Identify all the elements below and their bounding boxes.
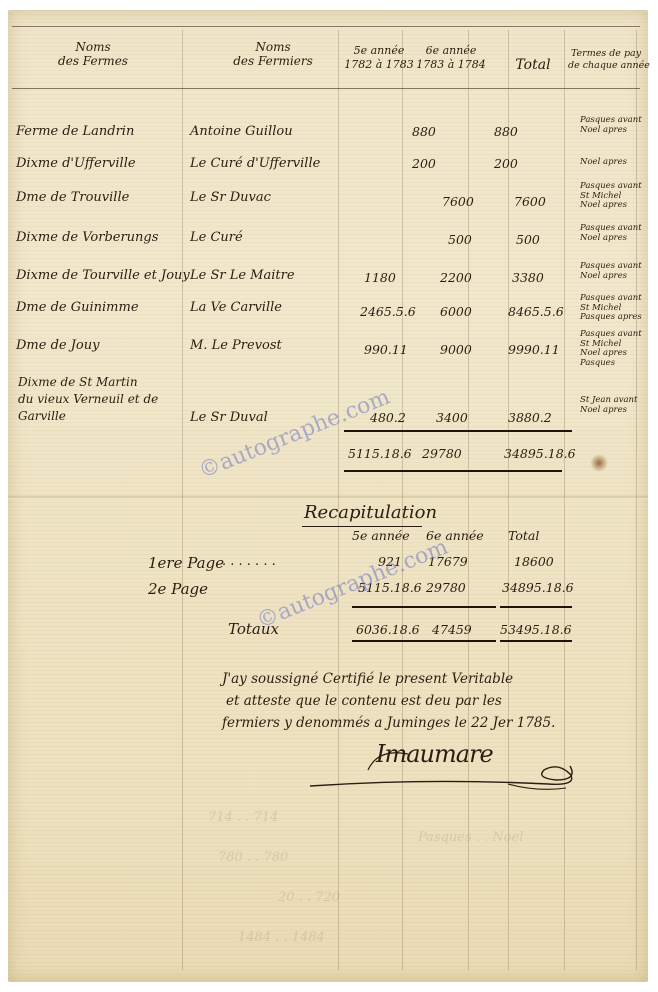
bleed-through-text: 780 . . 780 [218, 850, 288, 865]
certification-line: J'ay soussigné Certifié le present Verit… [222, 668, 555, 690]
row-total: 9990.11 [508, 342, 560, 357]
row-fermier: Le Sr Le Maitre [190, 268, 295, 283]
recap-totals-annee6: 47459 [432, 622, 472, 637]
recap-rule [500, 606, 572, 608]
header-fermes-line1: Noms [48, 40, 138, 54]
terme: Noel apres [580, 234, 642, 244]
header-annee6-line2: 1783 à 1784 [416, 58, 486, 72]
recap-totals-annee5: 6036.18.6 [356, 622, 420, 637]
column-divider [182, 30, 183, 970]
ink-stain [590, 454, 608, 472]
totals-annee5: 5115.18.6 [348, 446, 412, 461]
header-fermiers: Noms des Fermiers [218, 40, 328, 68]
row-annee5: 1180 [364, 270, 396, 285]
row-fermier: Le Sr Duvac [190, 190, 271, 205]
signature-flourish-icon [308, 740, 588, 800]
row-total: 7600 [514, 194, 546, 209]
manuscript-page: Noms des Fermes Noms des Fermiers 5e ann… [8, 10, 648, 982]
recap-row-total: 18600 [514, 554, 554, 569]
recap-header-total: Total [508, 528, 539, 543]
terme: Pasques [580, 359, 642, 369]
recap-rule [352, 606, 496, 608]
certification-line: et atteste que le contenu est deu par le… [222, 690, 555, 712]
row-annee6: 9000 [440, 342, 472, 357]
header-termes-line1: Termes de pay [568, 48, 644, 60]
row-total: 500 [516, 232, 540, 247]
row-total: 880 [494, 124, 518, 139]
terme: Noel apres [580, 126, 642, 136]
totals-total: 34895.18.6 [504, 446, 576, 461]
header-annee6: 6e année 1783 à 1784 [416, 44, 486, 72]
recap-row-label: 1ere Page [148, 554, 224, 572]
header-annee5-line2: 1782 à 1783 [344, 58, 414, 72]
row-termes: Pasques avant Noel apres [580, 116, 642, 135]
row-ferme: Dme de Trouville [16, 190, 129, 205]
column-divider [338, 30, 339, 970]
row-annee6: 880 [412, 124, 436, 139]
header-fermiers-line1: Noms [218, 40, 328, 54]
row-annee6: 200 [412, 156, 436, 171]
recap-bottom-rule [352, 640, 496, 642]
header-top-rule [12, 26, 640, 27]
recap-title: Recapitulation [304, 502, 437, 523]
column-divider [468, 30, 469, 970]
row-ferme-line: du vieux Verneuil et de [18, 391, 158, 408]
recap-row-dots: . . . . . . . [222, 554, 276, 569]
row-fermier: La Ve Carville [190, 300, 282, 315]
row-termes: Pasques avant St Michel Noel apres Pasqu… [580, 330, 642, 368]
header-fermes: Noms des Fermes [48, 40, 138, 68]
header-fermes-line2: des Fermes [48, 54, 138, 68]
header-termes-line2: de chaque année [568, 60, 644, 72]
row-total: 200 [494, 156, 518, 171]
row-ferme-line: Garville [18, 408, 158, 425]
row-ferme: Dixme de Tourville et Jouy [16, 268, 190, 283]
row-fermier: Le Curé [190, 230, 243, 245]
totals-bottom-rule [344, 470, 562, 472]
row-annee6: 2200 [440, 270, 472, 285]
column-divider [564, 30, 565, 970]
row-ferme: Dme de Jouy [16, 338, 99, 353]
recap-totals-total: 53495.18.6 [500, 622, 572, 637]
row-ferme: Ferme de Landrin [16, 124, 134, 139]
row-annee6: 3400 [436, 410, 468, 425]
row-termes: Pasques avant Noel apres [580, 262, 642, 281]
header-annee6-line1: 6e année [416, 44, 486, 58]
row-annee6: 7600 [442, 194, 474, 209]
terme: Noel apres [580, 201, 642, 211]
recap-row-label: 2e Page [148, 580, 208, 598]
row-ferme: Dixme d'Ufferville [16, 156, 136, 171]
terme: Noel apres [580, 272, 642, 282]
column-divider [402, 30, 403, 970]
row-termes: St Jean avant Noel apres [580, 396, 637, 415]
row-total: 3880.2 [508, 410, 552, 425]
column-divider [508, 30, 509, 970]
row-termes: Pasques avant St Michel Pasques apres [580, 294, 642, 323]
terme: Noel apres [580, 406, 637, 416]
totals-annee6: 29780 [422, 446, 462, 461]
row-fermier: Antoine Guillou [190, 124, 293, 139]
recap-header-annee5: 5e année [352, 528, 410, 543]
certification-line: fermiers y denommés a Juminges le 22 Jer… [222, 712, 555, 734]
row-ferme-line: Dixme de St Martin [18, 374, 158, 391]
row-annee6: 500 [448, 232, 472, 247]
row-annee5: 2465.5.6 [360, 304, 416, 319]
certification-text: J'ay soussigné Certifié le present Verit… [222, 668, 555, 734]
row-fermier: Le Curé d'Ufferville [190, 156, 320, 171]
row-total: 3380 [512, 270, 544, 285]
header-termes: Termes de pay de chaque année [568, 48, 644, 72]
row-ferme: Dixme de Vorberungs [16, 230, 158, 245]
bleed-through-text: 714 . . 714 [208, 810, 278, 825]
bleed-through-text: Pasques . . Noel [418, 830, 523, 845]
row-ferme: Dme de Guinimme [16, 300, 139, 315]
recap-row-total: 34895.18.6 [502, 580, 574, 595]
row-fermier: M. Le Prevost [190, 338, 282, 353]
row-termes: Pasques avant Noel apres [580, 224, 642, 243]
totals-top-rule [344, 430, 572, 432]
row-total: 8465.5.6 [508, 304, 564, 319]
terme: Noel apres [580, 158, 627, 168]
row-annee5: 990.11 [364, 342, 408, 357]
header-fermiers-line2: des Fermiers [218, 54, 328, 68]
row-annee6: 6000 [440, 304, 472, 319]
header-total: Total [508, 58, 558, 72]
terme: Pasques apres [580, 313, 642, 323]
row-fermier: Le Sr Duval [190, 410, 268, 425]
column-divider [636, 30, 637, 970]
row-termes: Noel apres [580, 158, 627, 168]
paper-fold [8, 495, 648, 499]
recap-title-underline [302, 526, 422, 527]
bleed-through-text: 20 . . 720 [278, 890, 340, 905]
header-annee5: 5e année 1782 à 1783 [344, 44, 414, 72]
recap-row-annee6: 29780 [426, 580, 466, 595]
row-ferme: Dixme de St Martin du vieux Verneuil et … [18, 374, 158, 425]
row-termes: Pasques avant St Michel Noel apres [580, 182, 642, 211]
bleed-through-text: 1484 . . 1484 [238, 930, 325, 945]
recap-bottom-rule [500, 640, 572, 642]
header-bottom-rule [12, 88, 640, 89]
header-annee5-line1: 5e année [344, 44, 414, 58]
